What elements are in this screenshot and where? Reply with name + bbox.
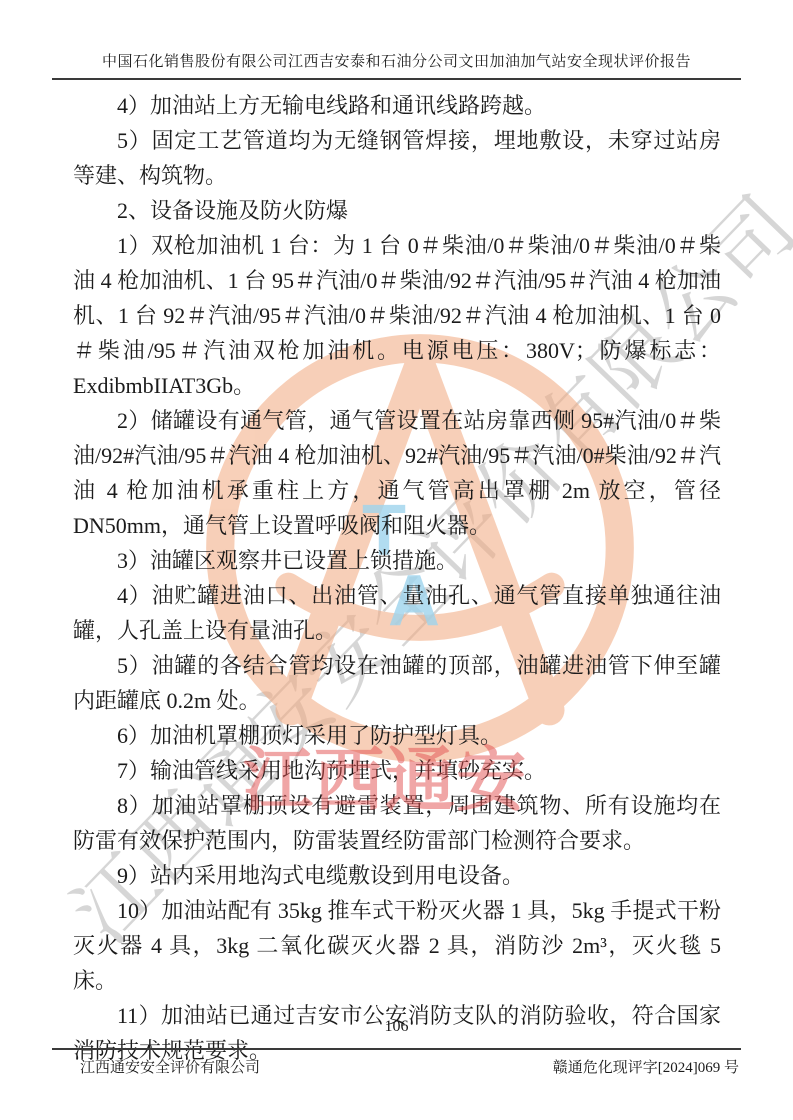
body-paragraph: 8）加油站罩棚顶设有避雷装置，周围建筑物、所有设施均在防雷有效保护范围内，防雷装… bbox=[73, 788, 721, 858]
body-paragraph: 3）油罐区观察井已设置上锁措施。 bbox=[73, 543, 721, 578]
report-page: 江西通安安全评价有限公司 T A 中国石化销售股份有限公司江西吉安泰和石油分公司… bbox=[0, 0, 793, 1120]
body-paragraph: 10）加油站配有 35kg 推车式干粉灭火器 1 具，5kg 手提式干粉灭火器 … bbox=[73, 893, 721, 998]
body-paragraph: 6）加油机罩棚顶灯采用了防护型灯具。 bbox=[73, 718, 721, 753]
body-paragraph: 5）固定工艺管道均为无缝钢管焊接，埋地敷设，未穿过站房等建、构筑物。 bbox=[73, 123, 721, 193]
body-paragraph: 4）油贮罐进油口、出油管、量油孔、通气管直接单独通往油罐，人孔盖上设有量油孔。 bbox=[73, 578, 721, 648]
body-paragraph: 4）加油站上方无输电线路和通讯线路跨越。 bbox=[73, 88, 721, 123]
body-paragraph: 2）储罐设有通气管，通气管设置在站房靠西侧 95#汽油/0＃柴油/92#汽油/9… bbox=[73, 403, 721, 543]
footer-company-name: 江西通安安全评价有限公司 bbox=[52, 1056, 260, 1077]
report-body: 4）加油站上方无输电线路和通讯线路跨越。 5）固定工艺管道均为无缝钢管焊接，埋地… bbox=[73, 88, 721, 1068]
body-paragraph: 7）输油管线采用地沟预埋式，并填砂充实。 bbox=[73, 753, 721, 788]
page-number: 106 bbox=[0, 1018, 793, 1036]
body-paragraph: 5）油罐的各结合管均设在油罐的顶部，油罐进油管下伸至罐内距罐底 0.2m 处。 bbox=[73, 648, 721, 718]
body-paragraph: 2、设备设施及防火防爆 bbox=[73, 193, 721, 228]
body-paragraph: 9）站内采用地沟式电缆敷设到用电设备。 bbox=[73, 858, 721, 893]
footer-document-number: 赣通危化现评字[2024]069 号 bbox=[553, 1056, 741, 1077]
page-header-title: 中国石化销售股份有限公司江西吉安泰和石油分公司文田加油加气站安全现状评价报告 bbox=[52, 50, 741, 80]
page-footer: 江西通安安全评价有限公司 赣通危化现评字[2024]069 号 bbox=[52, 1048, 741, 1077]
body-paragraph: 1）双枪加油机 1 台：为 1 台 0＃柴油/0＃柴油/0＃柴油/0＃柴油 4 … bbox=[73, 228, 721, 403]
